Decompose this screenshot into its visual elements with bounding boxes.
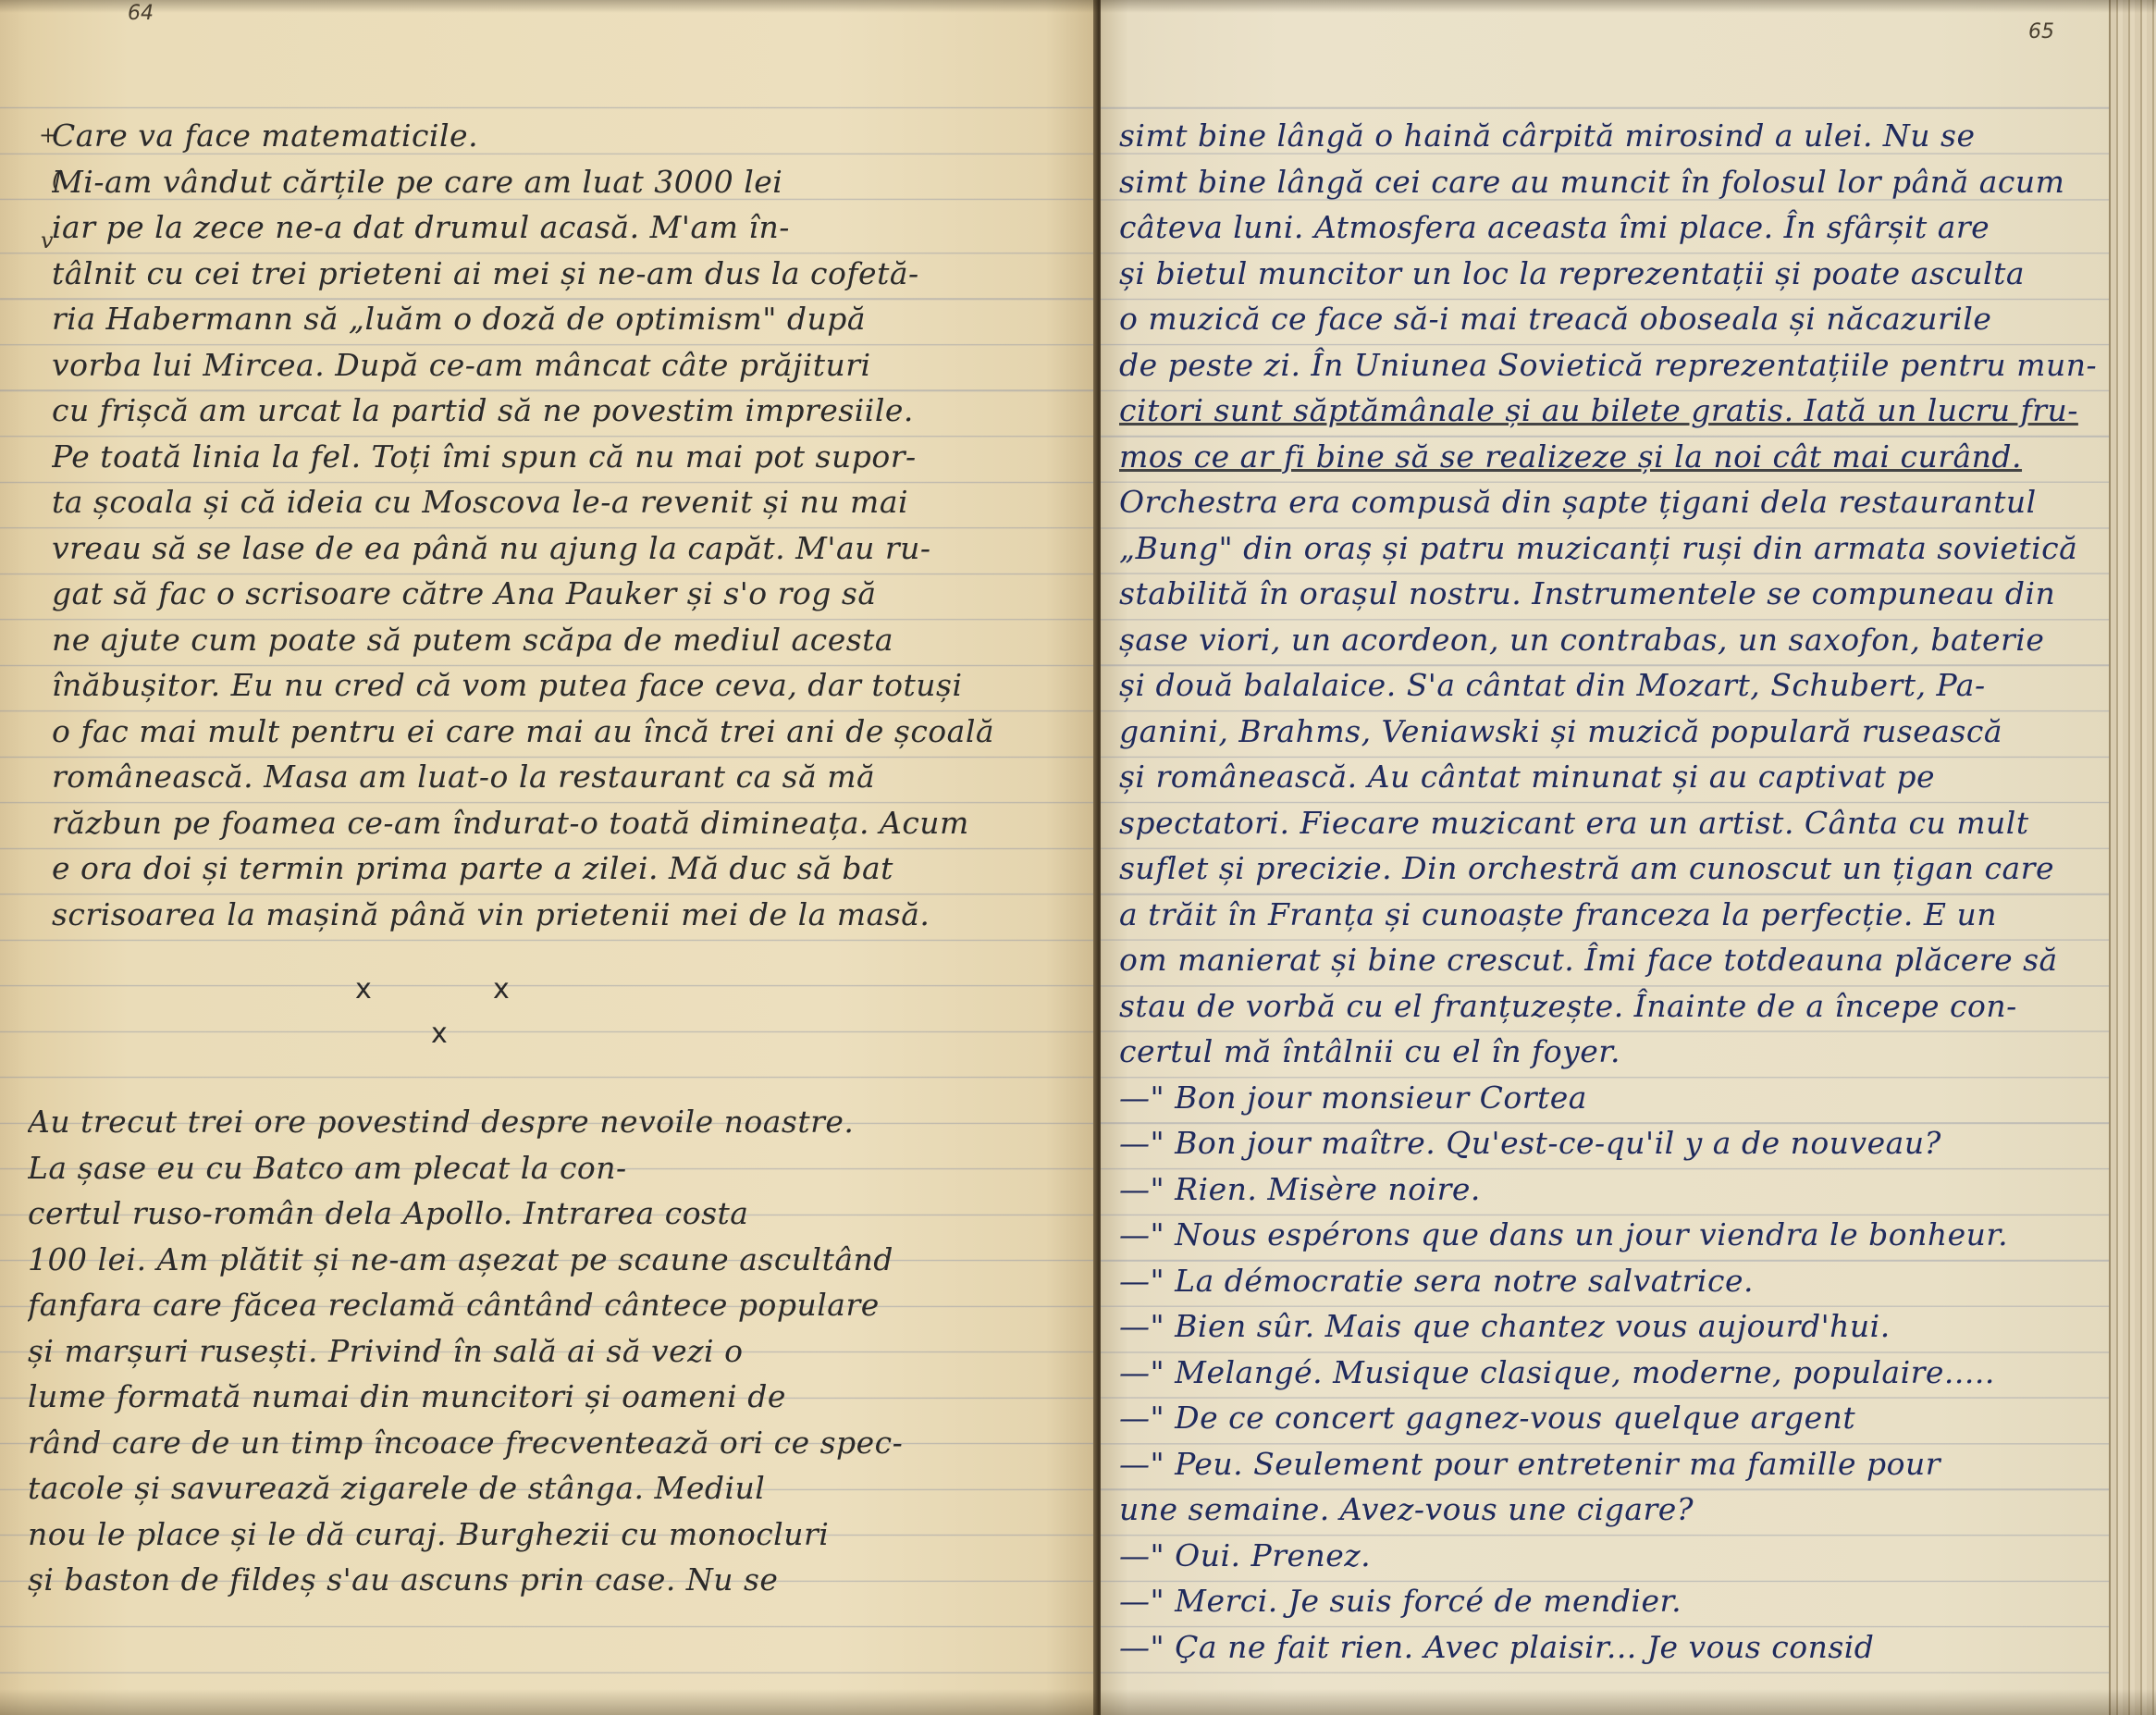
top-shadow	[0, 0, 2156, 13]
left-page-text-continued: Au trecut trei ore povestind despre nevo…	[28, 1099, 1054, 1603]
text-line: o fac mai mult pentru ei care mai au înc…	[52, 709, 1078, 755]
section-separator-x: x	[355, 973, 372, 1006]
page-number-right: 65	[2028, 20, 2054, 43]
text-line: de peste zi. În Uniunea Sovietică reprez…	[1119, 342, 2118, 389]
text-line: „Bung" din oraș și patru muzicanți ruși …	[1119, 525, 2118, 572]
text-line: și marșuri rusești. Privind în sală ai s…	[28, 1328, 1054, 1375]
section-separator-x: x	[431, 1018, 448, 1050]
dialogue-line: —" Merci. Je suis forcé de mendier.	[1119, 1578, 2118, 1624]
text-line: ta școala și că ideia cu Moscova le-a re…	[52, 479, 1078, 525]
text-line: șase viori, un acordeon, un contrabas, u…	[1119, 617, 2118, 663]
text-line: ganini, Brahms, Veniawski și muzică popu…	[1119, 709, 2118, 755]
text-line: stabilită în orașul nostru. Instrumentel…	[1119, 571, 2118, 617]
text-line: vorba lui Mircea. După ce-am mâncat câte…	[52, 342, 1078, 389]
dialogue-line: —" Nous espérons que dans un jour viendr…	[1119, 1212, 2118, 1258]
text-line: simt bine lângă o haină cârpită mirosind…	[1119, 113, 2118, 159]
text-line: gat să fac o scrisoare către Ana Pauker …	[52, 571, 1078, 617]
dialogue-line: —" Rien. Misère noire.	[1119, 1166, 2118, 1213]
text-line: Orchestra era compusă din șapte țigani d…	[1119, 479, 2118, 525]
text-line: ria Habermann să „luăm o doză de optimis…	[52, 296, 1078, 342]
text-line: și bietul muncitor un loc la reprezentaț…	[1119, 251, 2118, 297]
dialogue-line: —" Bon jour monsieur Cortea	[1119, 1075, 2118, 1121]
text-line: cu frișcă am urcat la partid să ne poves…	[52, 388, 1078, 434]
text-line: ne ajute cum poate să putem scăpa de med…	[52, 617, 1078, 663]
text-line: vreau să se lase de ea până nu ajung la …	[52, 525, 1078, 572]
text-line: câteva luni. Atmosfera aceasta îmi place…	[1119, 204, 2118, 251]
page-stack-edge	[2109, 0, 2156, 1715]
text-line: Mi-am vândut cărțile pe care am luat 300…	[52, 159, 1078, 205]
text-line: stau de vorbă cu el franțuzește. Înainte…	[1119, 983, 2118, 1030]
text-line: și baston de fildeș s'au ascuns prin cas…	[28, 1557, 1054, 1603]
text-line: românească. Masa am luat-o la restaurant…	[52, 754, 1078, 800]
text-line: e ora doi și termin prima parte a zilei.…	[52, 845, 1078, 892]
right-page-text: simt bine lângă o haină cârpită mirosind…	[1119, 113, 2118, 1670]
text-line: spectatori. Fiecare muzicant era un arti…	[1119, 800, 2118, 846]
text-line: și românească. Au cântat minunat și au c…	[1119, 754, 2118, 800]
dialogue-line: —" Ça ne fait rien. Avec plaisir... Je v…	[1119, 1624, 2118, 1671]
dialogue-line: —" Bon jour maître. Qu'est-ce-qu'il y a …	[1119, 1120, 2118, 1166]
left-page-text: Care va face matematicile. Mi-am vândut …	[52, 113, 1078, 937]
text-line: Au trecut trei ore povestind despre nevo…	[28, 1099, 1054, 1145]
dialogue-line: —" Bien sûr. Mais que chantez vous aujou…	[1119, 1303, 2118, 1350]
text-line: răzbun pe foamea ce-am îndurat-o toată d…	[52, 800, 1078, 846]
text-line: tacole și savurează zigarele de stânga. …	[28, 1465, 1054, 1511]
text-line: 100 lei. Am plătit și ne-am așezat pe sc…	[28, 1237, 1054, 1283]
text-line: certul mă întâlnii cu el în foyer.	[1119, 1029, 2118, 1075]
text-line: a trăit în Franța și cunoaște franceza l…	[1119, 892, 2118, 938]
text-line: rând care de un timp încoace frecventeaz…	[28, 1420, 1054, 1466]
text-line: simt bine lângă cei care au muncit în fo…	[1119, 159, 2118, 205]
dialogue-line: —" Melangé. Musique clasique, moderne, p…	[1119, 1350, 2118, 1396]
dialogue-line: —" La démocratie sera notre salvatrice.	[1119, 1258, 2118, 1304]
text-line: o muzică ce face să-i mai treacă oboseal…	[1119, 296, 2118, 342]
text-line: iar pe la zece ne-a dat drumul acasă. M'…	[52, 204, 1078, 251]
text-line: lume formată numai din muncitori și oame…	[28, 1374, 1054, 1420]
dialogue-line: —" De ce concert gagnez-vous quelque arg…	[1119, 1395, 2118, 1441]
text-line: mos ce ar fi bine să se realizeze și la …	[1119, 434, 2118, 480]
text-line: fanfara care făcea reclamă cântând cânte…	[28, 1282, 1054, 1328]
text-line: scrisoarea la mașină până vin prietenii …	[52, 892, 1078, 938]
text-line: înăbușitor. Eu nu cred că vom putea face…	[52, 662, 1078, 709]
dialogue-line: une semaine. Avez-vous une cigare?	[1119, 1487, 2118, 1533]
section-separator-x: x	[493, 973, 510, 1006]
left-page: 64 + ( v Care va face matematicile. Mi-a…	[0, 0, 1099, 1715]
notebook-spread: 64 + ( v Care va face matematicile. Mi-a…	[0, 0, 2156, 1715]
text-line: certul ruso-român dela Apollo. Intrarea …	[28, 1191, 1054, 1237]
bottom-shadow	[0, 1689, 2156, 1715]
text-line: suflet și precizie. Din orchestră am cun…	[1119, 845, 2118, 892]
text-line: La șase eu cu Batco am plecat la con-	[28, 1145, 1054, 1191]
text-line: citori sunt săptămânale și au bilete gra…	[1119, 388, 2118, 434]
text-line: și două balalaice. S'a cântat din Mozart…	[1119, 662, 2118, 709]
text-line: om manierat și bine crescut. Îmi face to…	[1119, 937, 2118, 983]
text-line: Pe toată linia la fel. Toți îmi spun că …	[52, 434, 1078, 480]
text-line: Care va face matematicile.	[52, 113, 1078, 159]
dialogue-line: —" Oui. Prenez.	[1119, 1533, 2118, 1579]
dialogue-line: —" Peu. Seulement pour entretenir ma fam…	[1119, 1441, 2118, 1487]
text-line: nou le place și le dă curaj. Burghezii c…	[28, 1511, 1054, 1558]
text-line: tâlnit cu cei trei prieteni ai mei și ne…	[52, 251, 1078, 297]
